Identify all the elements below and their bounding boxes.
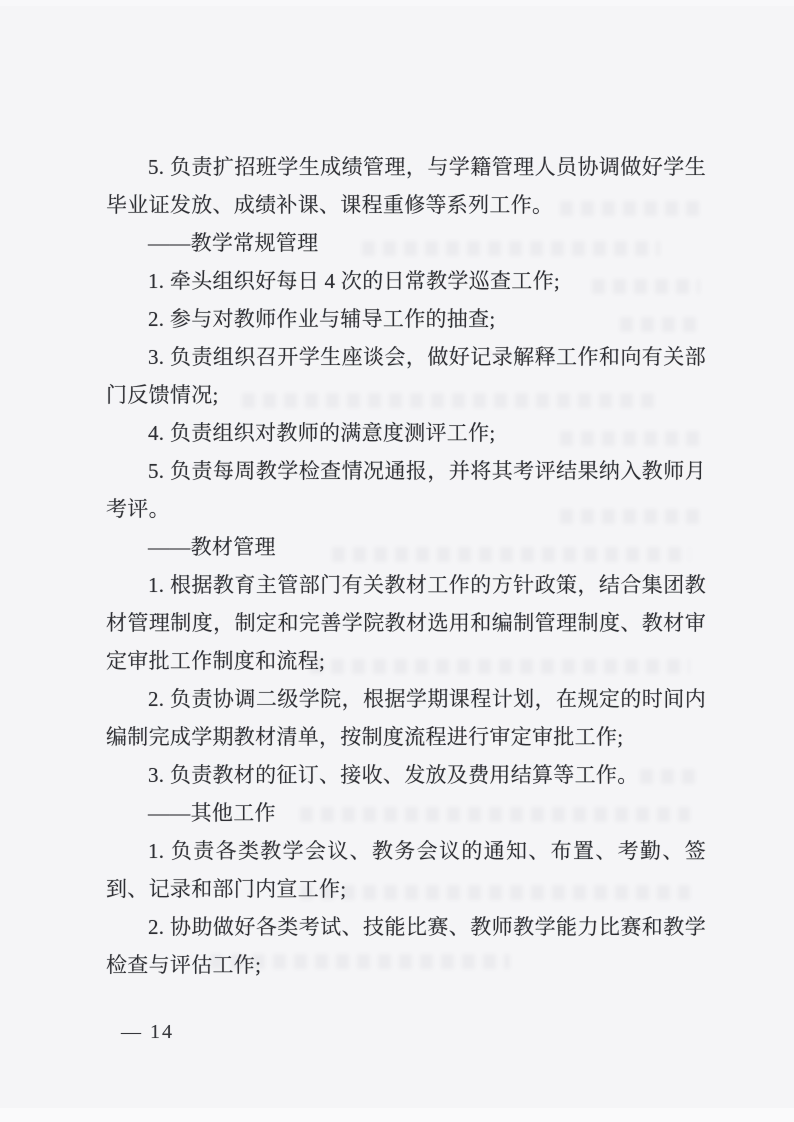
list-item-paragraph: 1. 负责各类教学会议、教务会议的通知、布置、考勤、签到、记录和部门内宣工作; xyxy=(106,832,706,908)
list-item-paragraph: 2. 参与对教师作业与辅导工作的抽查; xyxy=(106,300,706,338)
list-item-paragraph: 2. 负责协调二级学院，根据学期课程计划，在规定的时间内编制完成学期教材清单，按… xyxy=(106,680,706,756)
list-item-paragraph: 5. 负责每周教学检查情况通报，并将其考评结果纳入教师月考评。 xyxy=(106,452,706,528)
list-item-paragraph: 1. 根据教育主管部门有关教材工作的方针政策，结合集团教材管理制度，制定和完善学… xyxy=(106,566,706,680)
list-item-paragraph: 3. 负责教材的征订、接收、发放及费用结算等工作。 xyxy=(106,756,706,794)
scanned-document-page: 5. 负责扩招班学生成绩管理，与学籍管理人员协调做好学生毕业证发放、成绩补课、课… xyxy=(0,0,794,1122)
section-heading: ——教材管理 xyxy=(106,528,706,566)
section-heading: ——教学常规管理 xyxy=(106,224,706,262)
section-heading: ——其他工作 xyxy=(106,794,706,832)
list-item-paragraph: 1. 牵头组织好每日 4 次的日常教学巡查工作; xyxy=(106,262,706,300)
list-item-paragraph: 4. 负责组织对教师的满意度测评工作; xyxy=(106,414,706,452)
list-item-paragraph: 3. 负责组织召开学生座谈会，做好记录解释工作和向有关部门反馈情况; xyxy=(106,338,706,414)
page-number: — 14 xyxy=(121,1018,174,1046)
list-item-paragraph: 2. 协助做好各类考试、技能比赛、教师教学能力比赛和教学检查与评估工作; xyxy=(106,908,706,984)
list-item-paragraph: 5. 负责扩招班学生成绩管理，与学籍管理人员协调做好学生毕业证发放、成绩补课、课… xyxy=(106,148,706,224)
document-body: 5. 负责扩招班学生成绩管理，与学籍管理人员协调做好学生毕业证发放、成绩补课、课… xyxy=(106,148,706,984)
